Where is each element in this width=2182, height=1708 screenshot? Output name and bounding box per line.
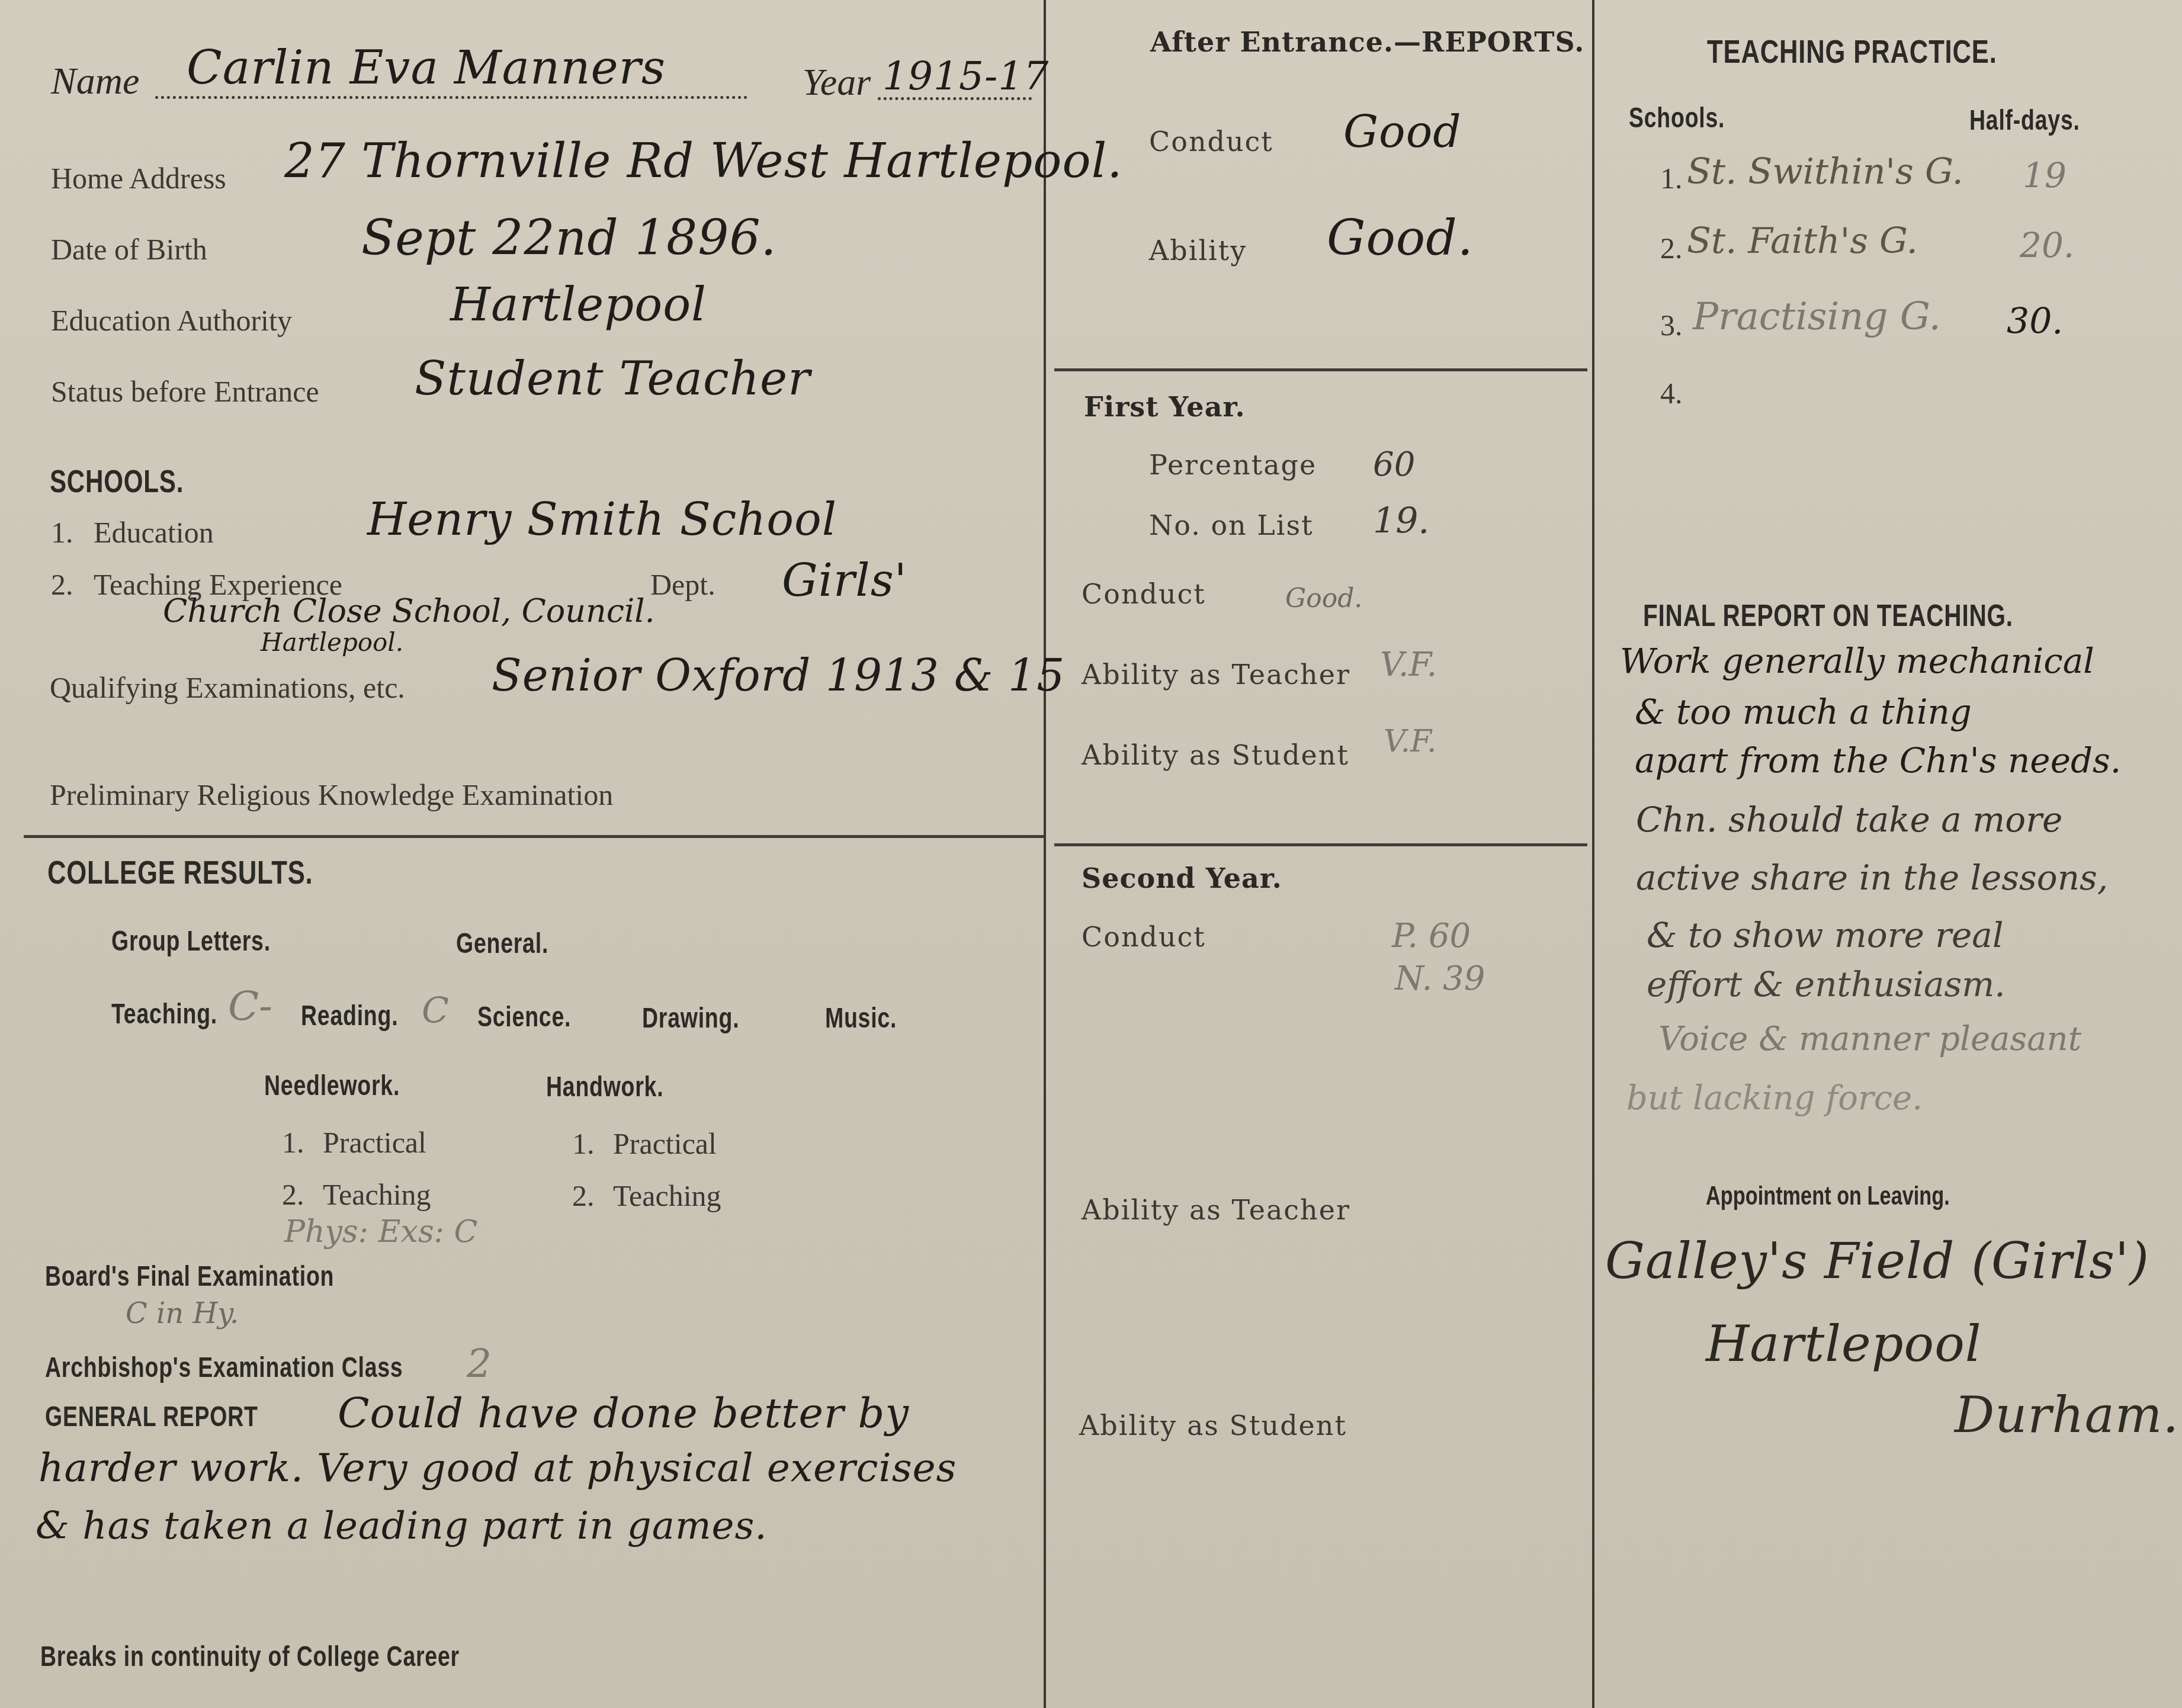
name-value: Carlin Eva Manners bbox=[187, 41, 666, 95]
final-report-heading: FINAL REPORT ON TEACHING. bbox=[1643, 598, 2013, 634]
needlework-label: Needlework. bbox=[264, 1070, 400, 1102]
final-report-line: & too much a thing bbox=[1635, 692, 1972, 732]
first-year-ability-student-label: Ability as Student bbox=[1082, 739, 1349, 771]
practice-row-school: St. Swithin's G. bbox=[1687, 151, 1963, 192]
entrance-ability-value: Good. bbox=[1327, 210, 1474, 267]
second-year-heading: Second Year. bbox=[1082, 862, 1282, 894]
first-year-ability-student-value: V.F. bbox=[1384, 724, 1437, 759]
first-year-ability-teacher-value: V.F. bbox=[1380, 646, 1437, 684]
divider-second-year bbox=[1054, 843, 1587, 846]
practice-row-number: 3. bbox=[1660, 308, 1683, 342]
teaching-experience-value-line2: Hartlepool. bbox=[261, 628, 403, 657]
year-label: Year bbox=[803, 60, 871, 104]
music-label: Music. bbox=[825, 1002, 897, 1035]
reports-heading: After Entrance.—REPORTS. bbox=[1150, 26, 1584, 58]
final-report-line: Chn. should take a more bbox=[1636, 800, 2062, 840]
college-results-heading: COLLEGE RESULTS. bbox=[47, 853, 313, 891]
practice-row-halfdays: 20. bbox=[2020, 225, 2074, 265]
practice-row-halfdays: 30. bbox=[2007, 301, 2063, 342]
teaching-practice-heading: TEACHING PRACTICE. bbox=[1707, 32, 1997, 70]
status-value: Student Teacher bbox=[415, 352, 810, 406]
year-value: 1915-17 bbox=[883, 53, 1049, 99]
needlework-practical-label: Practical bbox=[323, 1125, 426, 1160]
education-number: 1. bbox=[51, 515, 73, 550]
qualifying-label: Qualifying Examinations, etc. bbox=[50, 670, 405, 705]
needlework-teaching-number: 2. bbox=[282, 1177, 304, 1212]
first-year-no-on-list-value: 19. bbox=[1373, 500, 1429, 542]
science-label: Science. bbox=[477, 1001, 571, 1033]
boards-final-label: Board's Final Examination bbox=[45, 1260, 334, 1293]
general-label: General. bbox=[456, 927, 548, 960]
second-year-conduct-label: Conduct bbox=[1082, 921, 1206, 953]
handwork-teaching-label: Teaching bbox=[613, 1179, 721, 1213]
prelim-religious-label: Preliminary Religious Knowledge Examinat… bbox=[50, 778, 613, 812]
final-report-line: apart from the Chn's needs. bbox=[1635, 740, 2121, 781]
second-year-ability-student-label: Ability as Student bbox=[1079, 1410, 1347, 1441]
appointment-line-1: Galley's Field (Girls') bbox=[1605, 1232, 2149, 1290]
needlework-practical-number: 1. bbox=[282, 1125, 304, 1160]
final-report-line: active share in the lessons, bbox=[1636, 858, 2108, 898]
dob-value: Sept 22nd 1896. bbox=[361, 210, 777, 267]
handwork-teaching-number: 2. bbox=[572, 1179, 595, 1213]
practice-row-number: 4. bbox=[1660, 376, 1683, 410]
second-year-ability-teacher-label: Ability as Teacher bbox=[1082, 1194, 1350, 1226]
archbishop-exam-value: 2 bbox=[467, 1341, 492, 1386]
reading-grade-value: C bbox=[422, 990, 449, 1032]
first-year-conduct-value: Good. bbox=[1285, 583, 1362, 614]
divider-first-year bbox=[1054, 368, 1587, 371]
teaching-experience-number: 2. bbox=[51, 567, 73, 602]
handwork-practical-number: 1. bbox=[572, 1126, 595, 1161]
first-year-percentage-label: Percentage bbox=[1149, 449, 1317, 481]
practice-row-halfdays: 19 bbox=[2023, 155, 2067, 195]
final-report-line: Voice & manner pleasant bbox=[1658, 1020, 2081, 1058]
general-report-line-2: harder work. Very good at physical exerc… bbox=[38, 1445, 957, 1491]
reading-grade-label: Reading. bbox=[301, 1000, 398, 1032]
name-label: Name bbox=[51, 59, 139, 103]
education-label: Education bbox=[94, 515, 214, 550]
practice-row-school: St. Faith's G. bbox=[1687, 220, 1918, 262]
schools-heading: SCHOOLS. bbox=[50, 463, 184, 500]
final-report-line: Work generally mechanical bbox=[1620, 641, 2094, 681]
handwork-label: Handwork. bbox=[546, 1071, 663, 1103]
general-report-line-1: Could have done better by bbox=[338, 1389, 909, 1437]
name-dotted-line bbox=[155, 96, 747, 99]
entrance-conduct-value: Good bbox=[1343, 107, 1462, 158]
final-report-line: effort & enthusiasm. bbox=[1647, 964, 2005, 1004]
final-report-line: but lacking force. bbox=[1626, 1079, 1923, 1118]
appointment-label: Appointment on Leaving. bbox=[1706, 1182, 1950, 1211]
practice-row-number: 1. bbox=[1660, 161, 1683, 195]
appointment-line-2: Hartlepool bbox=[1706, 1315, 1982, 1373]
second-year-conduct-value-line2: N. 39 bbox=[1395, 959, 1485, 998]
dept-value: Girls' bbox=[782, 554, 907, 606]
first-year-percentage-value: 60 bbox=[1373, 445, 1415, 484]
first-year-heading: First Year. bbox=[1084, 391, 1245, 423]
breaks-continuity-label: Breaks in continuity of College Career bbox=[40, 1640, 460, 1673]
entrance-ability-label: Ability bbox=[1149, 235, 1247, 267]
dob-label: Date of Birth bbox=[51, 232, 207, 267]
practice-row-school: Practising G. bbox=[1693, 295, 1941, 339]
boards-final-value: C in Hy. bbox=[126, 1297, 239, 1330]
second-year-conduct-value-line1: P. 60 bbox=[1392, 917, 1471, 955]
handwork-practical-label: Practical bbox=[613, 1126, 717, 1161]
practice-row-number: 2. bbox=[1660, 231, 1683, 265]
appointment-line-3: Durham. bbox=[1955, 1386, 2179, 1444]
general-report-line-3: & has taken a leading part in games. bbox=[36, 1504, 768, 1548]
teaching-grade-value: C- bbox=[228, 983, 272, 1030]
needlework-teaching-label: Teaching bbox=[323, 1177, 431, 1212]
first-year-no-on-list-label: No. on List bbox=[1149, 509, 1314, 541]
teaching-experience-value-line1: Church Close School, Council. bbox=[163, 592, 655, 630]
first-year-conduct-label: Conduct bbox=[1082, 578, 1206, 610]
education-authority-label: Education Authority bbox=[51, 303, 292, 338]
home-address-value: 27 Thornville Rd West Hartlepool. bbox=[284, 133, 1123, 188]
final-report-line: & to show more real bbox=[1647, 915, 2003, 955]
entrance-conduct-label: Conduct bbox=[1149, 126, 1273, 158]
archbishop-exam-label: Archbishop's Examination Class bbox=[45, 1351, 403, 1384]
drawing-label: Drawing. bbox=[642, 1002, 739, 1035]
qualifying-value: Senior Oxford 1913 & 15 bbox=[492, 650, 1065, 701]
home-address-label: Home Address bbox=[51, 161, 226, 195]
first-year-ability-teacher-label: Ability as Teacher bbox=[1082, 659, 1350, 691]
dept-label: Dept. bbox=[650, 567, 715, 602]
column-divider-left bbox=[1044, 0, 1046, 1708]
column-divider-right bbox=[1592, 0, 1594, 1708]
phys-exercises-note: Phys: Exs: C bbox=[284, 1214, 477, 1250]
education-value: Henry Smith School bbox=[367, 493, 837, 545]
schools-column-header: Schools. bbox=[1629, 102, 1725, 134]
divider-college-results bbox=[24, 835, 1044, 838]
education-authority-value: Hartlepool bbox=[450, 278, 707, 332]
general-report-label: GENERAL REPORT bbox=[45, 1401, 258, 1433]
group-letters-label: Group Letters. bbox=[111, 925, 271, 958]
teaching-grade-label: Teaching. bbox=[111, 998, 217, 1030]
status-label: Status before Entrance bbox=[51, 374, 319, 409]
halfdays-column-header: Half-days. bbox=[1969, 104, 2080, 137]
